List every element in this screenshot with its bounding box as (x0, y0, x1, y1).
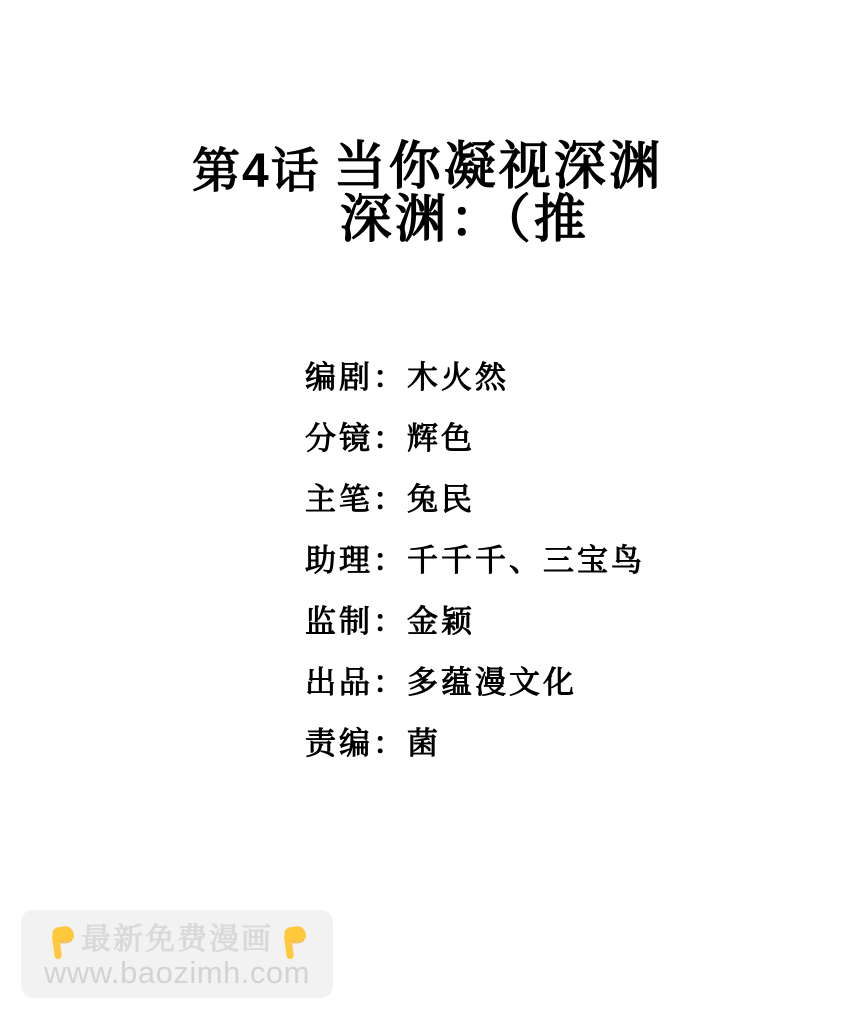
credit-value: 多蕴漫文化 (407, 657, 577, 702)
watermark-url: www.baozimh.com (44, 955, 310, 991)
chapter-title-block: 第4话 当你凝视深渊 深渊：（推 (192, 141, 664, 247)
credit-label: 编剧 (305, 352, 373, 397)
credit-separator: ： (373, 718, 407, 763)
chapter-number: 第4话 (192, 148, 321, 196)
credit-value: 菌 (407, 718, 441, 763)
comic-credits-page: 第4话 当你凝视深渊 深渊：（推 编剧：木火然 分镜：辉色 主笔：兔民 助理：千… (0, 0, 850, 1022)
credit-label: 责编 (305, 718, 373, 763)
credit-separator: ： (373, 352, 407, 397)
credit-value: 千千千、三宝鸟 (407, 535, 645, 580)
credit-row-storyboard: 分镜：辉色 (305, 405, 645, 466)
watermark-box: 最新免费漫画 www.baozimh.com (21, 910, 333, 998)
credit-value: 辉色 (407, 413, 475, 458)
credit-label: 监制 (305, 596, 373, 641)
credit-row-supervisor: 监制：金颖 (305, 588, 645, 649)
credits-list: 编剧：木火然 分镜：辉色 主笔：兔民 助理：千千千、三宝鸟 监制：金颖 出品：多… (305, 344, 645, 771)
credit-row-production: 出品：多蕴漫文化 (305, 649, 645, 710)
watermark-label-row: 最新免费漫画 (46, 918, 308, 954)
credit-value: 兔民 (407, 474, 475, 519)
credit-label: 助理 (305, 535, 373, 580)
credit-separator: ： (373, 596, 407, 641)
chapter-title-lines: 当你凝视深渊 深渊：（推 (334, 141, 664, 247)
watermark-text: 最新免费漫画 (81, 914, 273, 958)
credit-row-assistants: 助理：千千千、三宝鸟 (305, 527, 645, 588)
pointing-down-emoji-icon (278, 925, 308, 962)
chapter-title-line-1: 当你凝视深渊 (334, 141, 664, 194)
pointing-down-emoji-icon (46, 925, 76, 962)
credit-value: 金颖 (407, 596, 475, 641)
credit-label: 分镜 (305, 413, 373, 458)
credit-label: 主笔 (305, 474, 373, 519)
credit-label: 出品 (305, 657, 373, 702)
credit-separator: ： (373, 474, 407, 519)
chapter-title-line-2: 深渊：（推 (340, 194, 664, 247)
credit-row-editor: 责编：菌 (305, 710, 645, 771)
credit-row-lead-artist: 主笔：兔民 (305, 466, 645, 527)
credit-value: 木火然 (407, 352, 509, 397)
credit-row-screenwriter: 编剧：木火然 (305, 344, 645, 405)
credit-separator: ： (373, 657, 407, 702)
credit-separator: ： (373, 413, 407, 458)
credit-separator: ： (373, 535, 407, 580)
